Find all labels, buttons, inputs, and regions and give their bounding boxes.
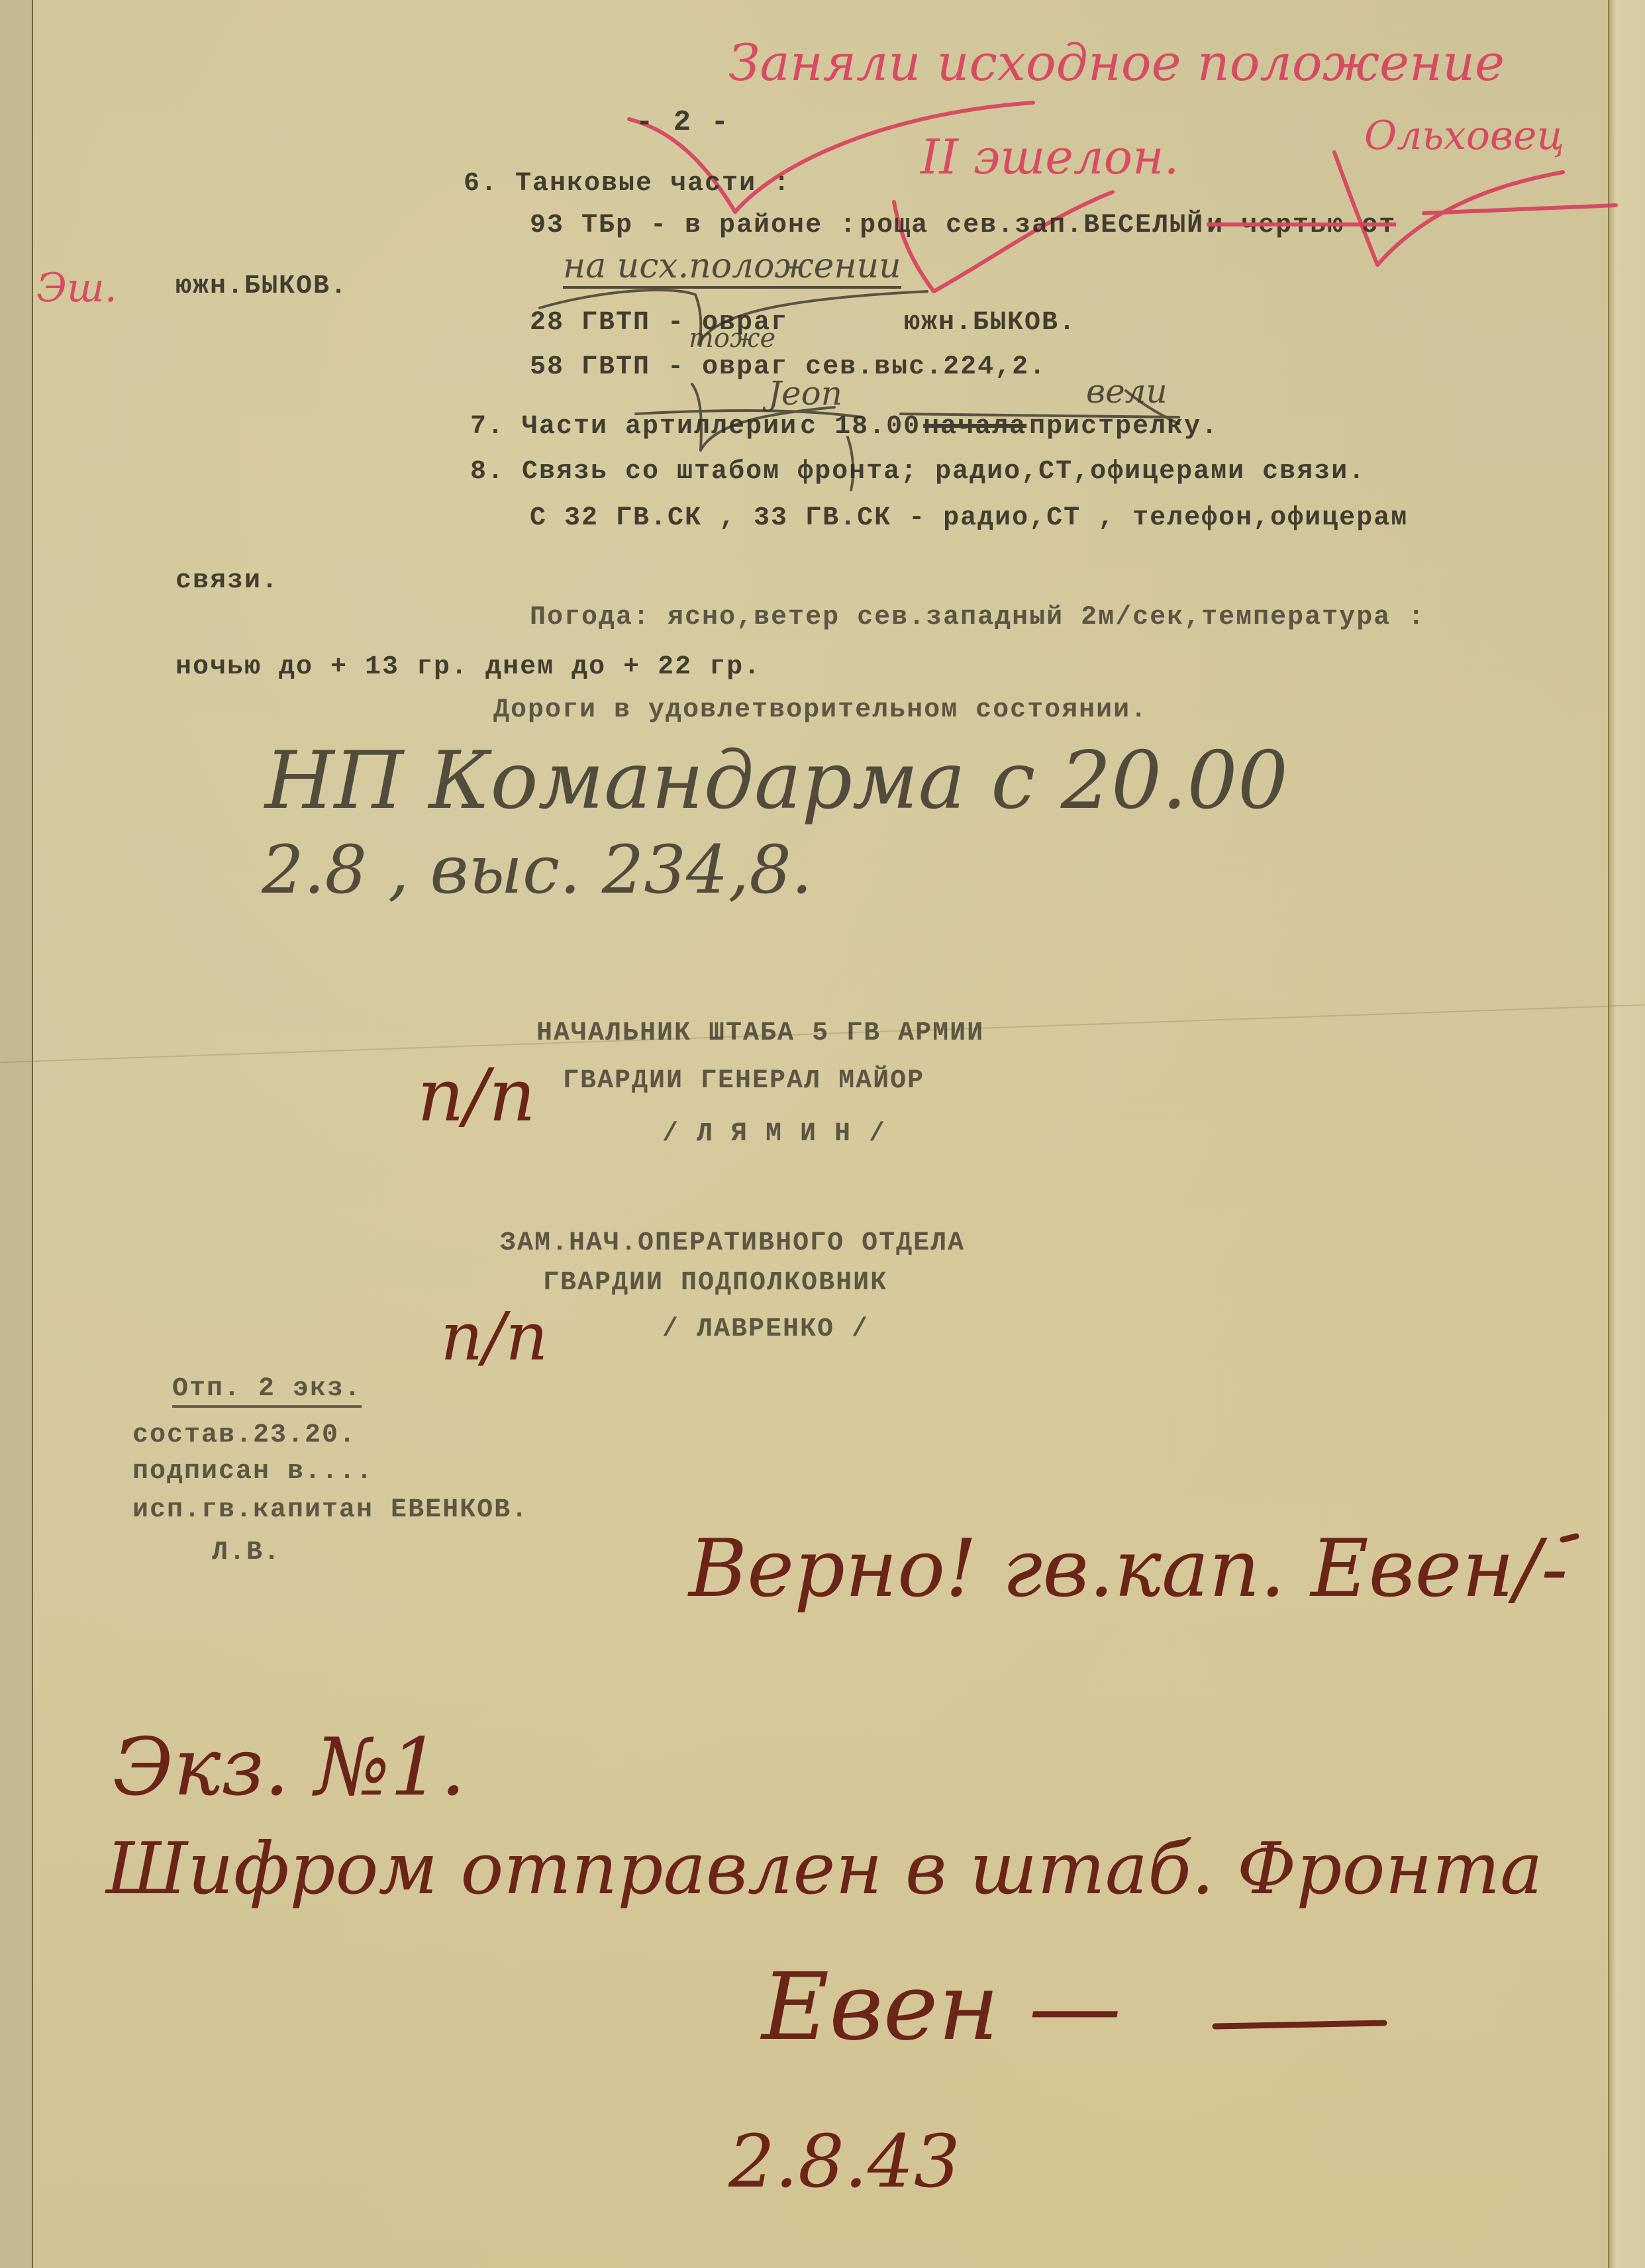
section8-line1: 8. Связь со штабом фронта; радио,СТ,офиц… [470, 457, 1366, 487]
right-paper-edge [1608, 0, 1645, 2268]
section6-line2-location: южн.БЫКОВ. [904, 308, 1076, 338]
pencil-insert-same: тоже [689, 323, 775, 354]
sig1-title: НАЧАЛЬНИК ШТАБА 5 ГВ АРМИИ [536, 1018, 984, 1048]
cipher-sent-note: Шифром отправлен в штаб. Фронта [106, 1828, 1543, 1910]
section6-line1: 93 ТБр - в районе : роща сев.зап.ВЕСЕЛЫЙ… [530, 211, 1396, 240]
copies-count: Отп. 2 экз. [172, 1374, 362, 1408]
executor: исп.гв.капитан ЕВЕНКОВ. [132, 1495, 528, 1525]
section8-line3: связи. [175, 566, 279, 596]
sig2-rank: ГВАРДИИ ПОДПОЛКОВНИК [543, 1268, 887, 1298]
typist-initials: Л.В. [212, 1538, 281, 1567]
sig1-name: / Л Я М И Н / [662, 1119, 886, 1149]
sig2-name: / ЛАВРЕНКО / [662, 1314, 869, 1344]
red-annotation-heading: Заняли исходное положение [728, 33, 1505, 92]
section7-time: с 18.00 [800, 412, 921, 442]
weather-line1: Погода: ясно,ветер сев.западный 2м/сек,т… [530, 603, 1425, 632]
composed-time: состав.23.20. [132, 1420, 356, 1450]
final-signature: Евен — [762, 1953, 1121, 2061]
page-number: - 2 - [636, 106, 730, 139]
section6-title: 6. Танковые части : [464, 169, 791, 199]
weather-line2: ночью до + 13 гр. днем до + 22 гр. [175, 652, 761, 682]
copy-number-note: Экз. №1. [113, 1722, 466, 1814]
section7-text-end: пристрелку. [1029, 412, 1219, 442]
pencil-insert-position: на исх.положении [563, 246, 901, 289]
sig2-title: ЗАМ.НАЧ.ОПЕРАТИВНОГО ОТДЕЛА [500, 1228, 965, 1258]
section6-unit: 93 ТБр - в районе : [530, 211, 857, 240]
section8-line2: С 32 ГВ.СК , 33 ГВ.СК - радио,СТ , телеф… [530, 503, 1408, 533]
sig2-pp-mark: п/п [440, 1298, 548, 1375]
pencil-above-1: Jeon [768, 374, 842, 413]
sig1-rank: ГВАРДИИ ГЕНЕРАЛ МАЙОР [563, 1066, 924, 1096]
pencil-note-line1: НП Командарма с 20.00 [265, 735, 1288, 827]
red-annotation-place: Ольховец [1364, 113, 1564, 159]
document-page: Заняли исходное положение II эшелон. Оль… [0, 0, 1645, 2268]
section7-struck: начала [923, 412, 1026, 442]
section6-location: роща сев.зап.ВЕСЕЛЫЙ [860, 211, 1204, 240]
final-date: 2.8.43 [728, 2119, 960, 2204]
section6-struck-text: и чертью от [1207, 211, 1396, 240]
red-annotation-echelon: II эшелон. [921, 129, 1179, 185]
signed-time: подписан в.... [132, 1457, 374, 1487]
section7-text-start: 7. Части артиллерии [470, 412, 797, 442]
left-binding-margin [0, 0, 33, 2268]
red-margin-mark: Эш. [36, 265, 117, 311]
section7-line: 7. Части артиллерии с 18.00 начала прист… [470, 412, 1219, 442]
sig1-pp-mark: п/п [417, 1053, 536, 1138]
roads-line: Дороги в удовлетворительном состоянии. [493, 695, 1148, 725]
pencil-above-2: вели [1086, 372, 1168, 411]
pencil-note-line2: 2.8 , выс. 234,8. [262, 831, 813, 909]
section6-continuation: южн.БЫКОВ. [175, 271, 348, 301]
verified-note: Верно! гв.кап. Евен/- [689, 1523, 1568, 1615]
